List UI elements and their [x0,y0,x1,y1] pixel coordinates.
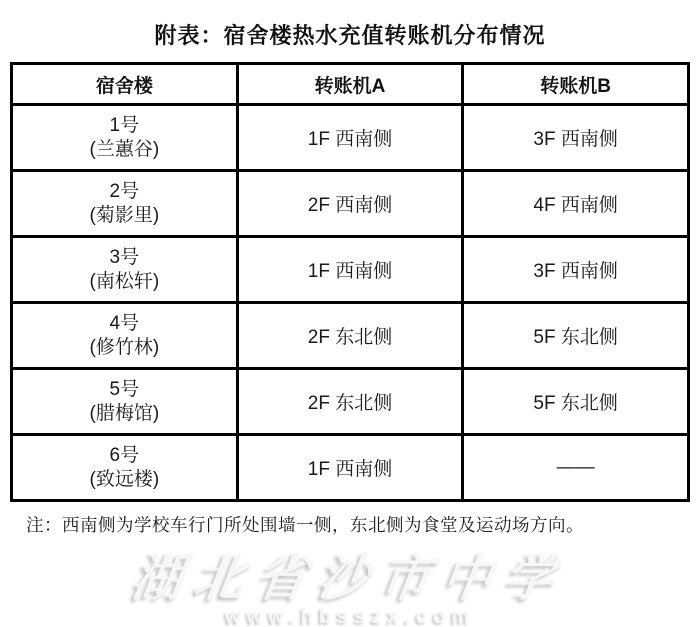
document-page: 附表：宿舍楼热水充值转账机分布情况 宿舍楼 转账机A 转账机B 1号 (兰蕙谷)… [0,0,700,627]
cell-machine-a: 2F 东北侧 [237,369,463,435]
building-alias: (兰蕙谷) [14,138,235,162]
building-number: 6号 [14,444,235,468]
cell-machine-b: 3F 西南侧 [463,237,689,303]
cell-machine-a: 1F 西南侧 [237,237,463,303]
cell-building: 6号 (致远楼) [12,435,238,501]
building-number: 4号 [14,312,235,336]
building-alias: (菊影里) [14,204,235,228]
building-alias: (致远楼) [14,468,235,492]
header-machine-b: 转账机B [463,64,689,105]
cell-machine-a: 1F 西南侧 [237,435,463,501]
building-number: 1号 [14,114,235,138]
building-number: 2号 [14,180,235,204]
cell-building: 3号 (南松轩) [12,237,238,303]
table-row: 5号 (腊梅馆) 2F 东北侧 5F 东北侧 [12,369,689,435]
building-number: 5号 [14,378,235,402]
watermark-url: www.hbsszx.com [0,606,700,627]
header-building: 宿舍楼 [12,64,238,105]
cell-machine-a: 1F 西南侧 [237,105,463,171]
table-row: 4号 (修竹林) 2F 东北侧 5F 东北侧 [12,303,689,369]
cell-building: 1号 (兰蕙谷) [12,105,238,171]
watermark: 湖北省沙市中学 www.hbsszx.com [0,538,700,627]
cell-building: 5号 (腊梅馆) [12,369,238,435]
header-row: 宿舍楼 转账机A 转账机B [12,64,689,105]
cell-building: 4号 (修竹林) [12,303,238,369]
building-alias: (南松轩) [14,270,235,294]
table-row: 3号 (南松轩) 1F 西南侧 3F 西南侧 [12,237,689,303]
building-number: 3号 [14,246,235,270]
header-machine-a: 转账机A [237,64,463,105]
table-row: 1号 (兰蕙谷) 1F 西南侧 3F 西南侧 [12,105,689,171]
watermark-school-name: 湖北省沙市中学 [0,538,700,610]
cell-machine-b: 5F 东北侧 [463,303,689,369]
cell-machine-b: —— [463,435,689,501]
building-alias: (腊梅馆) [14,402,235,426]
cell-machine-a: 2F 西南侧 [237,171,463,237]
cell-machine-a: 2F 东北侧 [237,303,463,369]
cell-building: 2号 (菊影里) [12,171,238,237]
table-row: 6号 (致远楼) 1F 西南侧 —— [12,435,689,501]
cell-machine-b: 3F 西南侧 [463,105,689,171]
footnote: 注：西南侧为学校车行门所处围墙一侧，东北侧为食堂及运动场方向。 [26,512,700,537]
table-title: 附表：宿舍楼热水充值转账机分布情况 [0,0,700,50]
dorm-machine-table: 宿舍楼 转账机A 转账机B 1号 (兰蕙谷) 1F 西南侧 3F 西南侧 2号 … [10,62,690,502]
cell-machine-b: 4F 西南侧 [463,171,689,237]
cell-machine-b: 5F 东北侧 [463,369,689,435]
table-row: 2号 (菊影里) 2F 西南侧 4F 西南侧 [12,171,689,237]
building-alias: (修竹林) [14,336,235,360]
